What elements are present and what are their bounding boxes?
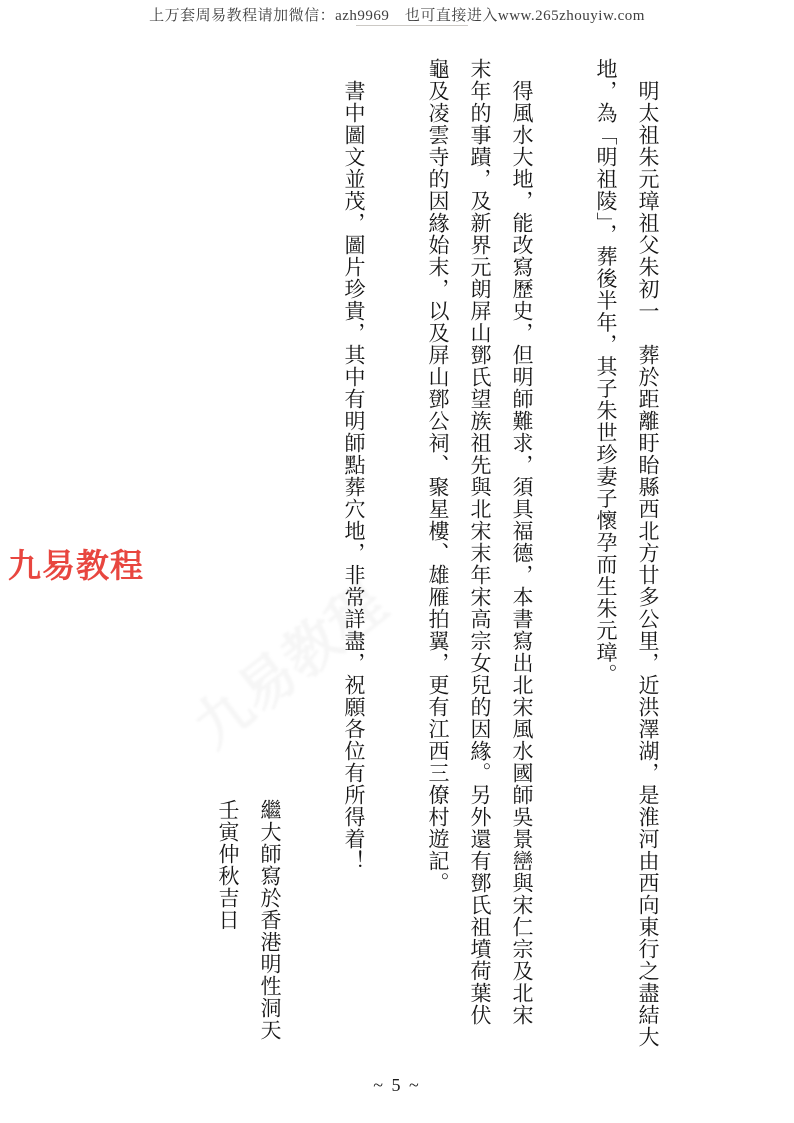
signature-date-line: 壬寅仲秋吉日 (216, 799, 240, 931)
faint-diagonal-watermark: 九易教程 (175, 562, 401, 763)
body-column-para2-line3: 龜及凌雲寺的因緣始末，以及屏山鄧公祠、聚星樓、雄雁拍翼，更有江西三僚村遊記。 (426, 58, 450, 894)
body-column-para2-line1: 得風水大地，能改寫歷史，但明師難求，須具福德，本書寫出北宋風水國師吳景巒與宋仁宗… (510, 58, 534, 1026)
signature-line: 繼大師寫於香港明性洞天 (258, 799, 282, 1041)
body-column-para3-line1: 書中圖文並茂，圖片珍貴，其中有明師點葬穴地，非常詳盡，祝願各位有所得着！ (342, 58, 366, 872)
body-column-para2-line2: 末年的事蹟，及新界元朗屏山鄧氏望族祖先與北宋末年宋高宗女兒的因緣。另外還有鄧氏祖… (468, 58, 492, 1026)
promo-header-text: 上万套周易教程请加微信：azh9969 也可直接进入www.265zhouyiw… (0, 4, 794, 25)
site-brand-watermark: 九易教程 (8, 540, 144, 587)
page-number: ~ 5 ~ (0, 1075, 794, 1096)
body-column-para1-line2: 地，為「明祖陵」，葬後半年，其子朱世珍妻子懷孕而生朱元璋。 (594, 58, 618, 686)
promo-underline-artifact (356, 25, 468, 26)
body-column-para1-line1: 明太祖朱元璋祖父朱初一 葬於距離盱眙縣西北方廿多公里，近洪澤湖，是淮河由西向東行… (636, 58, 660, 1048)
